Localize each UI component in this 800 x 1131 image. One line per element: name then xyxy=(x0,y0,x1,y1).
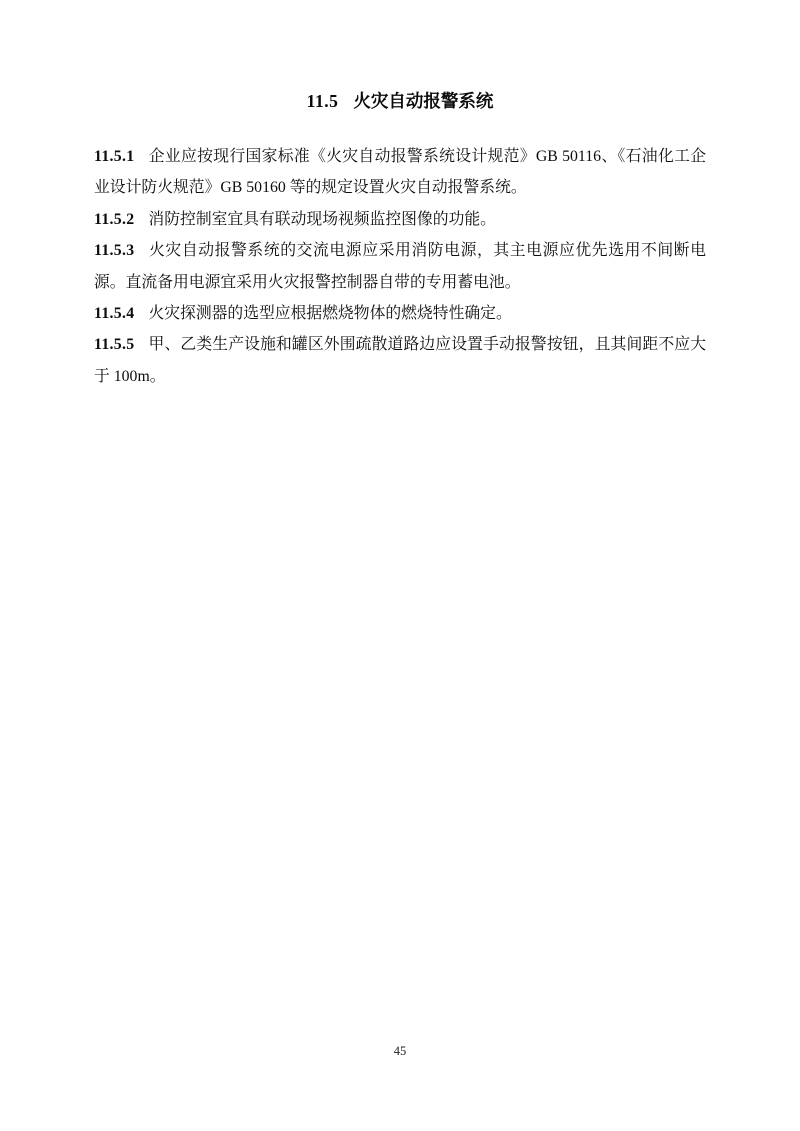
clause-list: 11.5.1企业应按现行国家标准《火灾自动报警系统设计规范》GB 50116、《… xyxy=(94,141,706,392)
clause-number: 11.5.4 xyxy=(94,305,134,322)
clause-text: 火灾探测器的选型应根据燃烧物体的燃烧特性确定。 xyxy=(148,305,511,322)
clause-text: 企业应按现行国家标准《火灾自动报警系统设计规范》GB 50116、《石油化工企业… xyxy=(94,148,706,196)
document-page: 11.5火灾自动报警系统 11.5.1企业应按现行国家标准《火灾自动报警系统设计… xyxy=(0,0,800,1131)
clause-11-5-5: 11.5.5甲、乙类生产设施和罐区外围疏散道路边应设置手动报警按钮，且其间距不应… xyxy=(94,329,706,392)
clause-number: 11.5.5 xyxy=(94,336,134,353)
section-title-number: 11.5 xyxy=(307,91,339,111)
clause-11-5-2: 11.5.2消防控制室宜具有联动现场视频监控图像的功能。 xyxy=(94,204,706,235)
clause-11-5-3: 11.5.3火灾自动报警系统的交流电源应采用消防电源，其主电源应优先选用不间断电… xyxy=(94,235,706,298)
clause-number: 11.5.3 xyxy=(94,242,134,259)
page-number: 45 xyxy=(0,1044,800,1059)
clause-number: 11.5.1 xyxy=(94,148,134,165)
clause-text: 甲、乙类生产设施和罐区外围疏散道路边应设置手动报警按钮，且其间距不应大于 100… xyxy=(94,336,706,384)
clause-text: 火灾自动报警系统的交流电源应采用消防电源，其主电源应优先选用不间断电源。直流备用… xyxy=(94,242,706,290)
section-title: 11.5火灾自动报警系统 xyxy=(94,88,706,114)
section-title-text: 火灾自动报警系统 xyxy=(353,91,493,111)
clause-number: 11.5.2 xyxy=(94,211,134,228)
clause-11-5-4: 11.5.4火灾探测器的选型应根据燃烧物体的燃烧特性确定。 xyxy=(94,298,706,329)
clause-11-5-1: 11.5.1企业应按现行国家标准《火灾自动报警系统设计规范》GB 50116、《… xyxy=(94,141,706,204)
clause-text: 消防控制室宜具有联动现场视频监控图像的功能。 xyxy=(148,211,496,228)
